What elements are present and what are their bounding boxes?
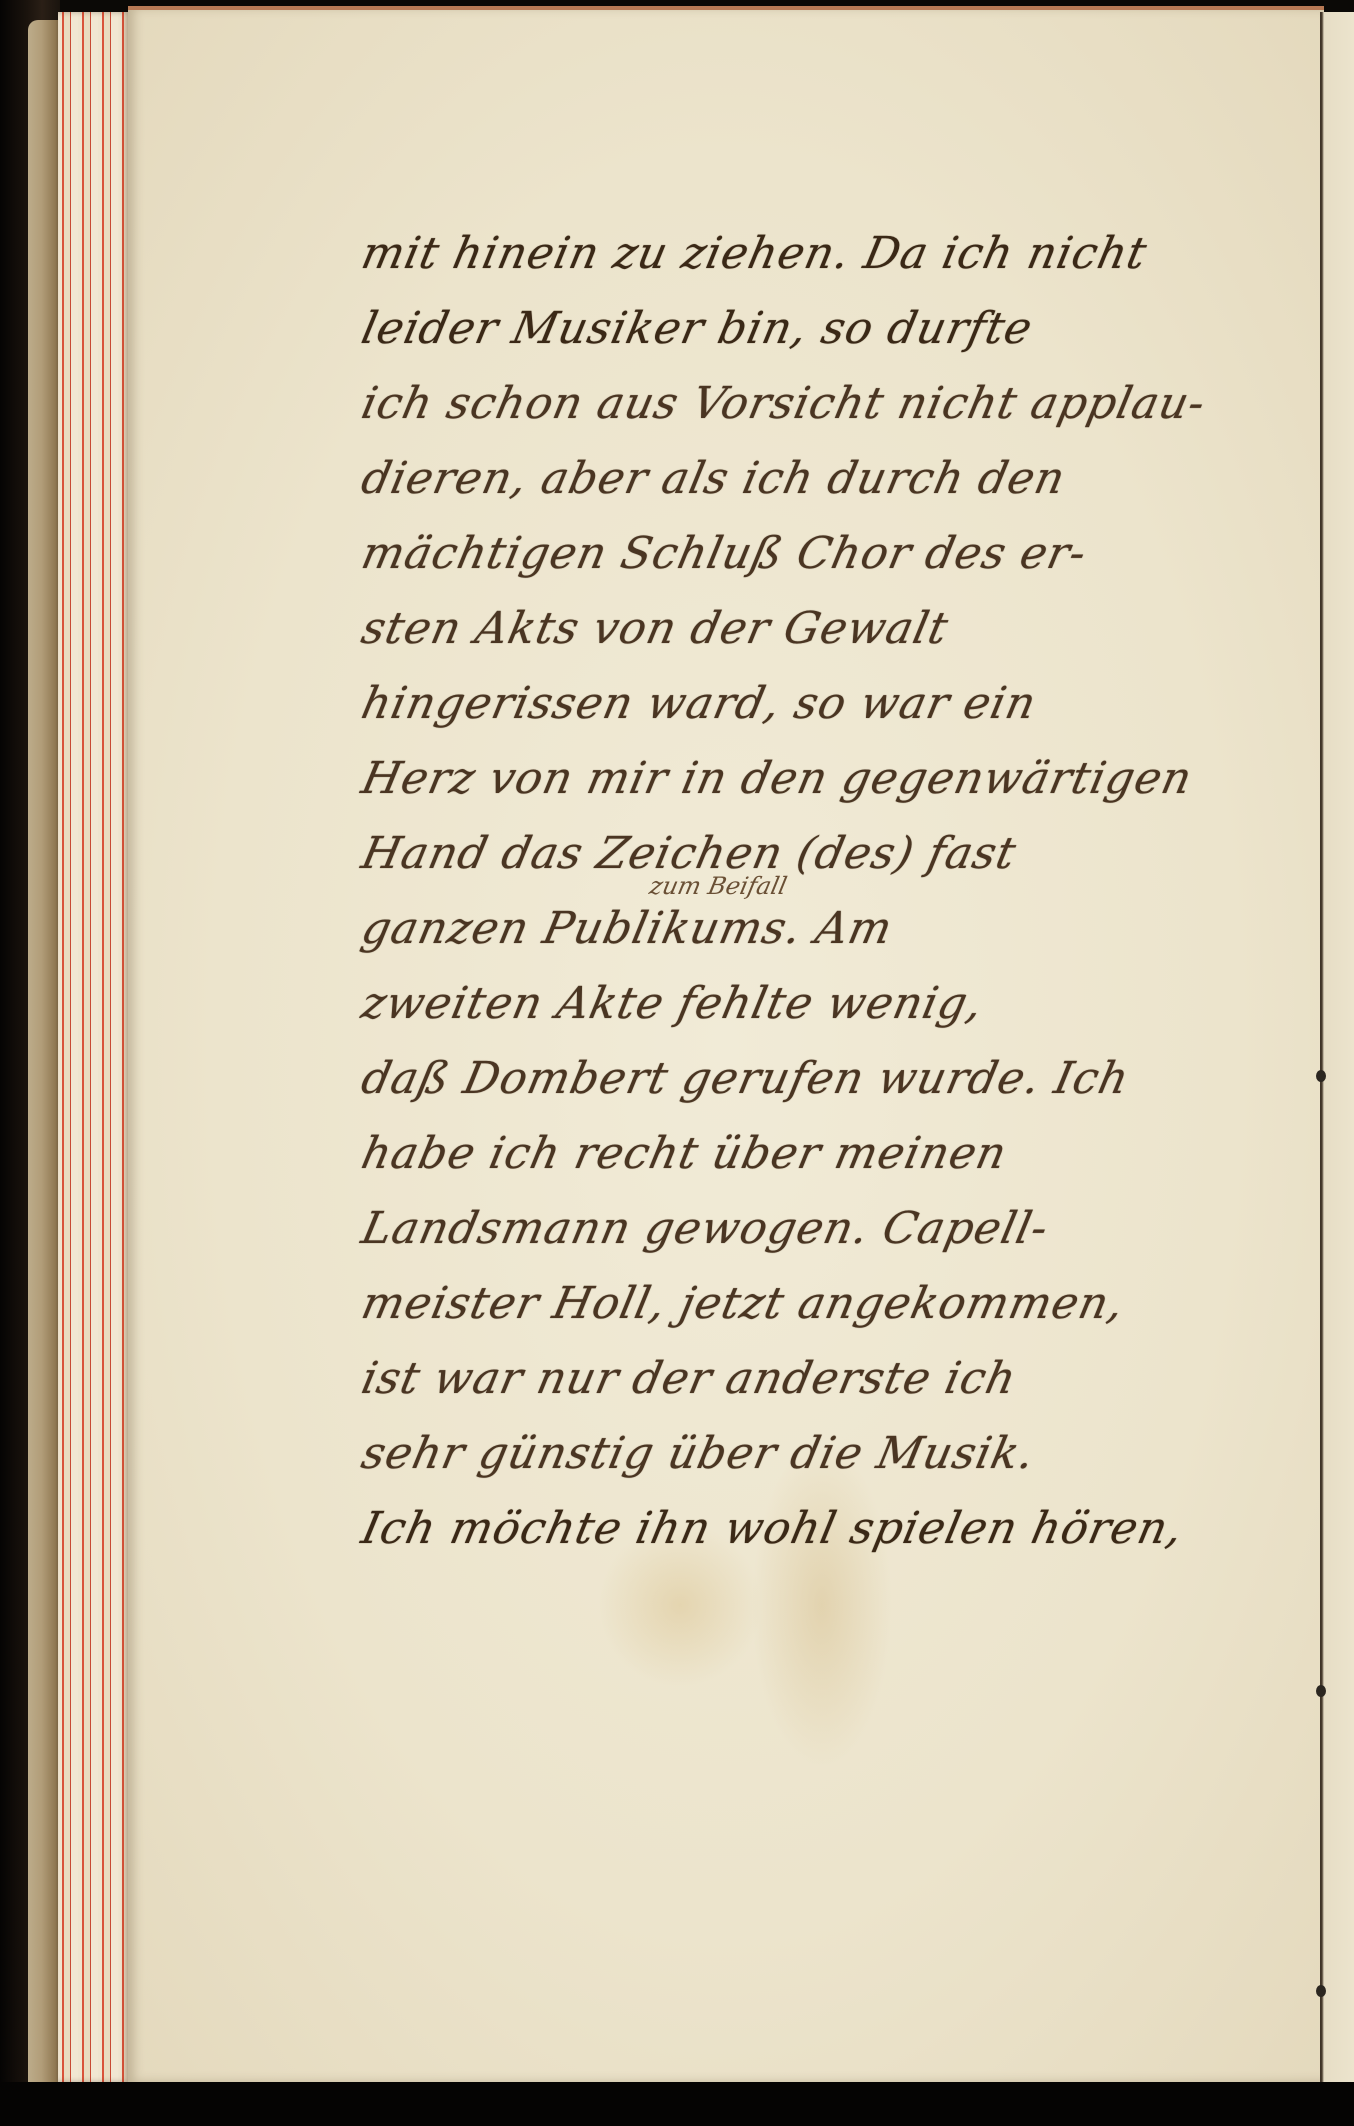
text-line: sten Akts von der Gewalt: [352, 603, 1248, 678]
text-line: meister Holl, jetzt angekommen,: [352, 1278, 1248, 1353]
text-line: Landsmann gewogen. Capell-: [352, 1203, 1248, 1278]
text-line: Hand das Zeichen (des) fast: [352, 828, 1248, 903]
text-line: hingerissen ward, so war ein: [352, 678, 1248, 753]
handwritten-text-block: mit hinein zu ziehen. Da ich nicht leide…: [360, 228, 1240, 1578]
text-line: zweiten Akte fehlte wenig,: [352, 978, 1248, 1053]
text-line: habe ich recht über meinen: [352, 1128, 1248, 1203]
adjacent-page-edge: [1320, 12, 1354, 2082]
text-line: ich schon aus Vorsicht nicht applau-: [352, 378, 1248, 453]
page-top-edge: [128, 6, 1324, 10]
text-line: mit hinein zu ziehen. Da ich nicht: [352, 228, 1248, 303]
text-line: Ich möchte ihn wohl spielen hören,: [352, 1503, 1248, 1578]
interlinear-insertion: zum Beifall: [647, 872, 789, 900]
text-line: leider Musiker bin, so durfte: [352, 303, 1248, 378]
text-line: daß Dombert gerufen wurde. Ich: [352, 1053, 1248, 1128]
text-line: dieren, aber als ich durch den: [352, 453, 1248, 528]
binding-stitch-icon: [1316, 1070, 1326, 1082]
red-edged-page-stack: [58, 12, 130, 2082]
text-line: mächtigen Schluß Chor des er-: [352, 528, 1248, 603]
binding-stitch-icon: [1316, 1685, 1326, 1697]
binding-stitch-icon: [1316, 1985, 1326, 1997]
binding-worn-edge: [28, 20, 62, 2110]
manuscript-scan: mit hinein zu ziehen. Da ich nicht leide…: [0, 0, 1354, 2126]
text-line: ist war nur der anderste ich: [352, 1353, 1248, 1428]
text-line: sehr günstig über die Musik.: [352, 1428, 1248, 1503]
scan-background: [0, 2082, 1354, 2126]
text-line: ganzen Publikums. Am: [352, 903, 1248, 978]
text-line: Herz von mir in den gegenwärtigen: [352, 753, 1248, 828]
